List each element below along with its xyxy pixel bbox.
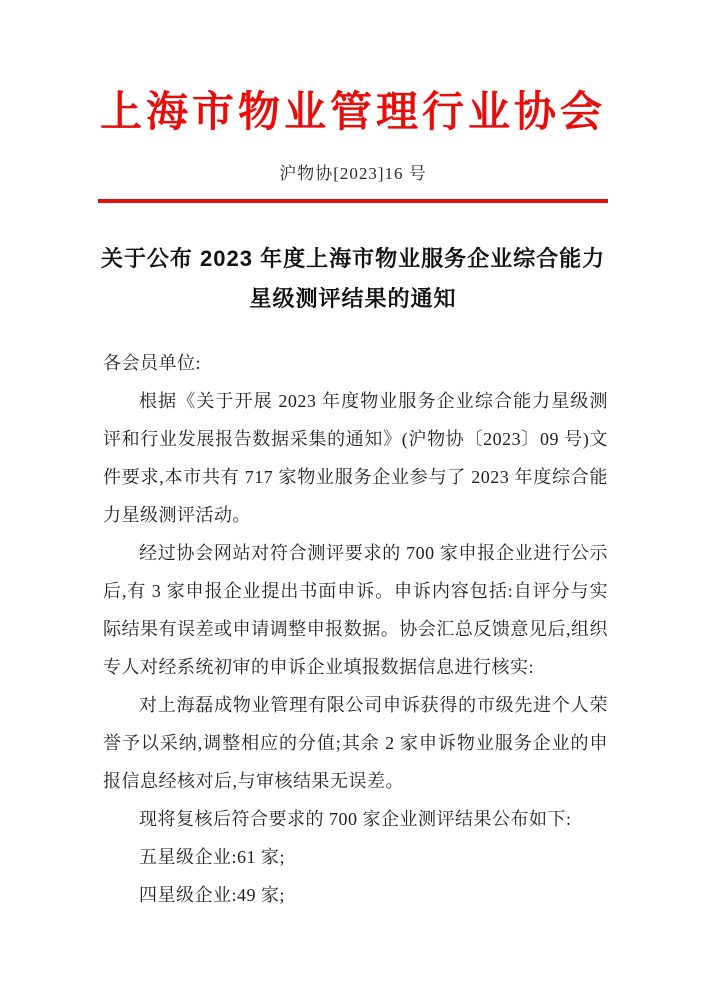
body-paragraph: 现将复核后符合要求的 700 家企业测评结果公布如下: [103, 800, 608, 838]
body-paragraph: 经过协会网站对符合测评要求的 700 家申报企业进行公示后,有 3 家申报企业提… [103, 534, 608, 686]
document-page: 上海市物业管理行业协会 沪物协[2023]16 号 关于公布 2023 年度上海… [0, 0, 706, 1000]
notice-body: 各会员单位: 根据《关于开展 2023 年度物业服务企业综合能力星级测评和行业发… [103, 344, 608, 914]
body-paragraph: 对上海磊成物业管理有限公司申诉获得的市级先进个人荣誉予以采纳,调整相应的分值;其… [103, 686, 608, 800]
body-paragraph: 根据《关于开展 2023 年度物业服务企业综合能力星级测评和行业发展报告数据采集… [103, 382, 608, 534]
notice-title: 关于公布 2023 年度上海市物业服务企业综合能力 星级测评结果的通知 [0, 239, 706, 319]
notice-title-line2: 星级测评结果的通知 [0, 279, 706, 319]
notice-title-line1: 关于公布 2023 年度上海市物业服务企业综合能力 [0, 239, 706, 279]
org-title: 上海市物业管理行业协会 [0, 88, 706, 136]
salutation: 各会员单位: [103, 344, 608, 382]
header-divider [98, 199, 608, 203]
doc-number: 沪物协[2023]16 号 [0, 162, 706, 186]
body-paragraph-five-star-count: 五星级企业:61 家; [103, 838, 608, 876]
body-paragraph-four-star-count: 四星级企业:49 家; [103, 876, 608, 914]
